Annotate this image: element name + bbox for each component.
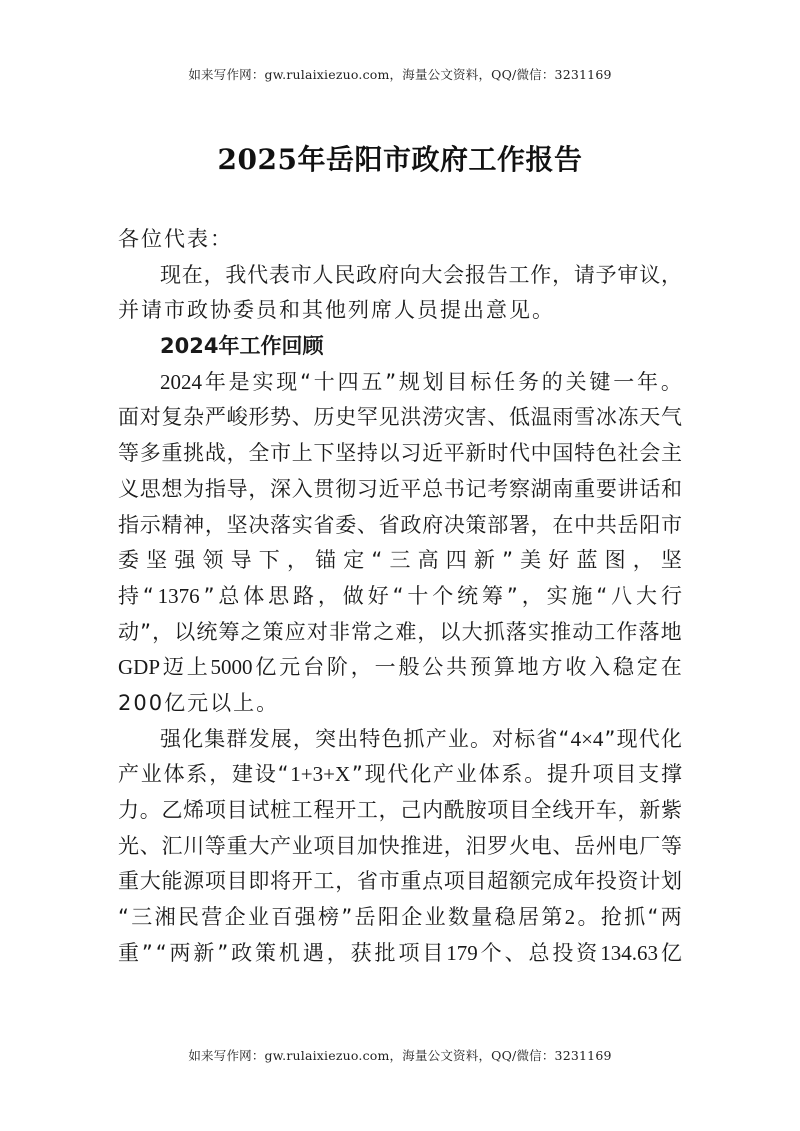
document-body: 各位代表： 现在，我代表市人民政府向大会报告工作，请予审议， 并请市政协委员和其… [118,222,682,971]
body-line: 产业体系，建设“1+3+X”现代化产业体系。提升项目支撑 [118,757,682,793]
body-line: 光、汇川等重大产业项目加快推进，汨罗火电、岳州电厂等 [118,829,682,865]
body-line: 200亿元以上。 [118,686,682,722]
body-line: 力。乙烯项目试桩工程开工，己内酰胺项目全线开车，新紫 [118,793,682,829]
body-line: 等多重挑战，全市上下坚持以习近平新时代中国特色社会主 [118,436,682,472]
salutation: 各位代表： [118,222,682,258]
body-line: 重大能源项目即将开工，省市重点项目超额完成年投资计划 [118,864,682,900]
body-line: “三湘民营企业百强榜”岳阳企业数量稳居第2。抢抓“两 [118,900,682,936]
body-line: 重”“两新”政策机遇，获批项目179个、总投资134.63亿 [118,936,682,972]
document-page: 如来写作网：gw.rulaixiezuo.com，海量公文资料，QQ/微信：32… [0,0,800,1131]
body-line: GDP迈上5000亿元台阶，一般公共预算地方收入稳定在 [118,650,682,686]
body-line: 委坚强领导下，锚定“三高四新”美好蓝图，坚 [118,543,682,579]
body-line: 持“1376”总体思路，做好“十个统筹”，实施“八大行 [118,579,682,615]
body-line: 面对复杂严峻形势、历史罕见洪涝灾害、低温雨雪冰冻天气 [118,400,682,436]
footer-watermark: 如来写作网：gw.rulaixiezuo.com，海量公文资料，QQ/微信：32… [0,1046,800,1064]
body-line: 动”，以统筹之策应对非常之难，以大抓落实推动工作落地 [118,615,682,651]
body-line: 2024年是实现“十四五”规划目标任务的关键一年。 [118,365,682,401]
body-line: 指示精神，坚决落实省委、省政府决策部署，在中共岳阳市 [118,508,682,544]
document-title: 2025年岳阳市政府工作报告 [0,138,800,178]
body-line: 现在，我代表市人民政府向大会报告工作，请予审议， [118,258,682,294]
body-line: 并请市政协委员和其他列席人员提出意见。 [118,293,682,329]
body-line: 强化集群发展，突出特色抓产业。对标省“4×4”现代化 [118,722,682,758]
body-line: 义思想为指导，深入贯彻习近平总书记考察湖南重要讲话和 [118,472,682,508]
header-watermark: 如来写作网：gw.rulaixiezuo.com，海量公文资料，QQ/微信：32… [0,65,800,83]
section-heading: 2024年工作回顾 [118,329,682,365]
